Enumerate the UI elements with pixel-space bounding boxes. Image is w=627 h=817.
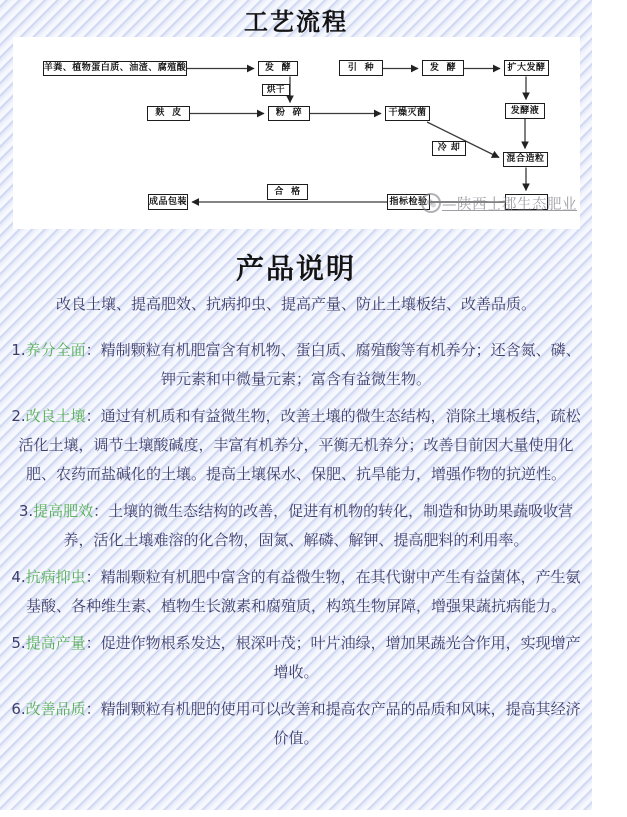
watermark-logo-icon [421,193,441,213]
item-keyword: 抗病抑虫 [26,568,86,586]
item-text: ：促进作物根系发达，根深叶茂；叶片油绿，增加果蔬光合作用，实现增产增收。 [86,634,581,681]
item-text: ：精制颗粒有机肥富含有机物、蛋白质、腐殖酸等有机养分；还含氮、磷、钾元素和中微量… [86,341,581,388]
page-background: 工艺流程 羊粪、植物蛋白质、油渣、腐殖酸 [0,0,592,810]
item-number: 3. [19,502,33,520]
flowchart-panel: 羊粪、植物蛋白质、油渣、腐殖酸 发 酵 引 种 发 酵 扩大发酵 烘干 麸 皮 … [13,37,580,229]
item-keyword: 提高肥效 [33,502,93,520]
flow-node-product-packaging: 成品包装 [148,194,188,210]
watermark: —陕西士郡生态肥业 [421,190,577,216]
description-item-2: 2.改良土壤：通过有机质和有益微生物，改善土壤的微生态结构，消除土壤板结，疏松活… [4,402,588,489]
flow-node-dry-sterilize: 干燥灭菌 [385,106,430,121]
product-description-body: 改良土壤、提高肥效、抗病抑虫、提高产量、防止土壤板结、改善品质。 1.养分全面：… [4,290,588,761]
item-keyword: 养分全面 [26,341,86,359]
item-keyword: 提高产量 [26,634,86,652]
item-number: 6. [11,700,25,718]
watermark-text: —陕西士郡生态肥业 [442,193,577,214]
item-keyword: 改善品质 [26,700,86,718]
flow-node-crushing: 粉 碎 [268,106,310,121]
item-number: 1. [11,341,25,359]
flow-node-fermentation-1: 发 酵 [258,61,298,76]
flow-node-strain-introduction: 引 种 [339,60,383,76]
process-flow-title: 工艺流程 [0,2,592,37]
item-number: 2. [11,407,25,425]
description-item-5: 5.提高产量：促进作物根系发达，根深叶茂；叶片油绿，增加果蔬光合作用，实现增产增… [4,629,588,687]
flow-node-fermentation-2: 发 酵 [422,60,464,76]
item-number: 4. [11,568,25,586]
flow-node-cooling: 冷 却 [432,141,466,156]
item-text: ：通过有机质和有益微生物，改善土壤的微生态结构，消除土壤板结，疏松活化土壤，调节… [18,407,580,483]
product-description-title: 产品说明 [0,247,592,287]
item-number: 5. [11,634,25,652]
description-intro: 改良土壤、提高肥效、抗病抑虫、提高产量、防止土壤板结、改善品质。 [4,290,588,319]
item-text: ：精制颗粒有机肥的使用可以改善和提高农产品的品质和风味，提高其经济价值。 [86,700,581,747]
description-item-1: 1.养分全面：精制颗粒有机肥富含有机物、蛋白质、腐殖酸等有机养分；还含氮、磷、钾… [4,336,588,394]
description-item-4: 4.抗病抑虫：精制颗粒有机肥中富含的有益微生物，在其代谢中产生有益菌体，产生氨基… [4,563,588,621]
item-keyword: 改良土壤 [26,407,86,425]
description-item-6: 6.改善品质：精制颗粒有机肥的使用可以改善和提高农产品的品质和风味，提高其经济价… [4,695,588,753]
flow-node-bran: 麸 皮 [147,106,190,121]
flow-node-mix-granulation: 混合造粒 [503,152,548,167]
flow-node-qualified: 合 格 [267,184,308,200]
flow-node-fermentation-liquid: 发酵液 [505,103,545,119]
flow-node-raw-materials: 羊粪、植物蛋白质、油渣、腐殖酸 [43,61,187,76]
flow-node-drying: 烘干 [262,84,290,96]
flow-node-expanded-fermentation: 扩大发酵 [504,60,549,76]
description-item-3: 3.提高肥效：土壤的微生态结构的改善，促进有机物的转化，制造和协助果蔬吸收营养，… [4,497,588,555]
item-text: ：精制颗粒有机肥中富含的有益微生物，在其代谢中产生有益菌体，产生氨基酸、各种维生… [26,568,581,615]
item-text: ：土壤的微生态结构的改善，促进有机物的转化，制造和协助果蔬吸收营养，活化土壤难溶… [63,502,573,549]
